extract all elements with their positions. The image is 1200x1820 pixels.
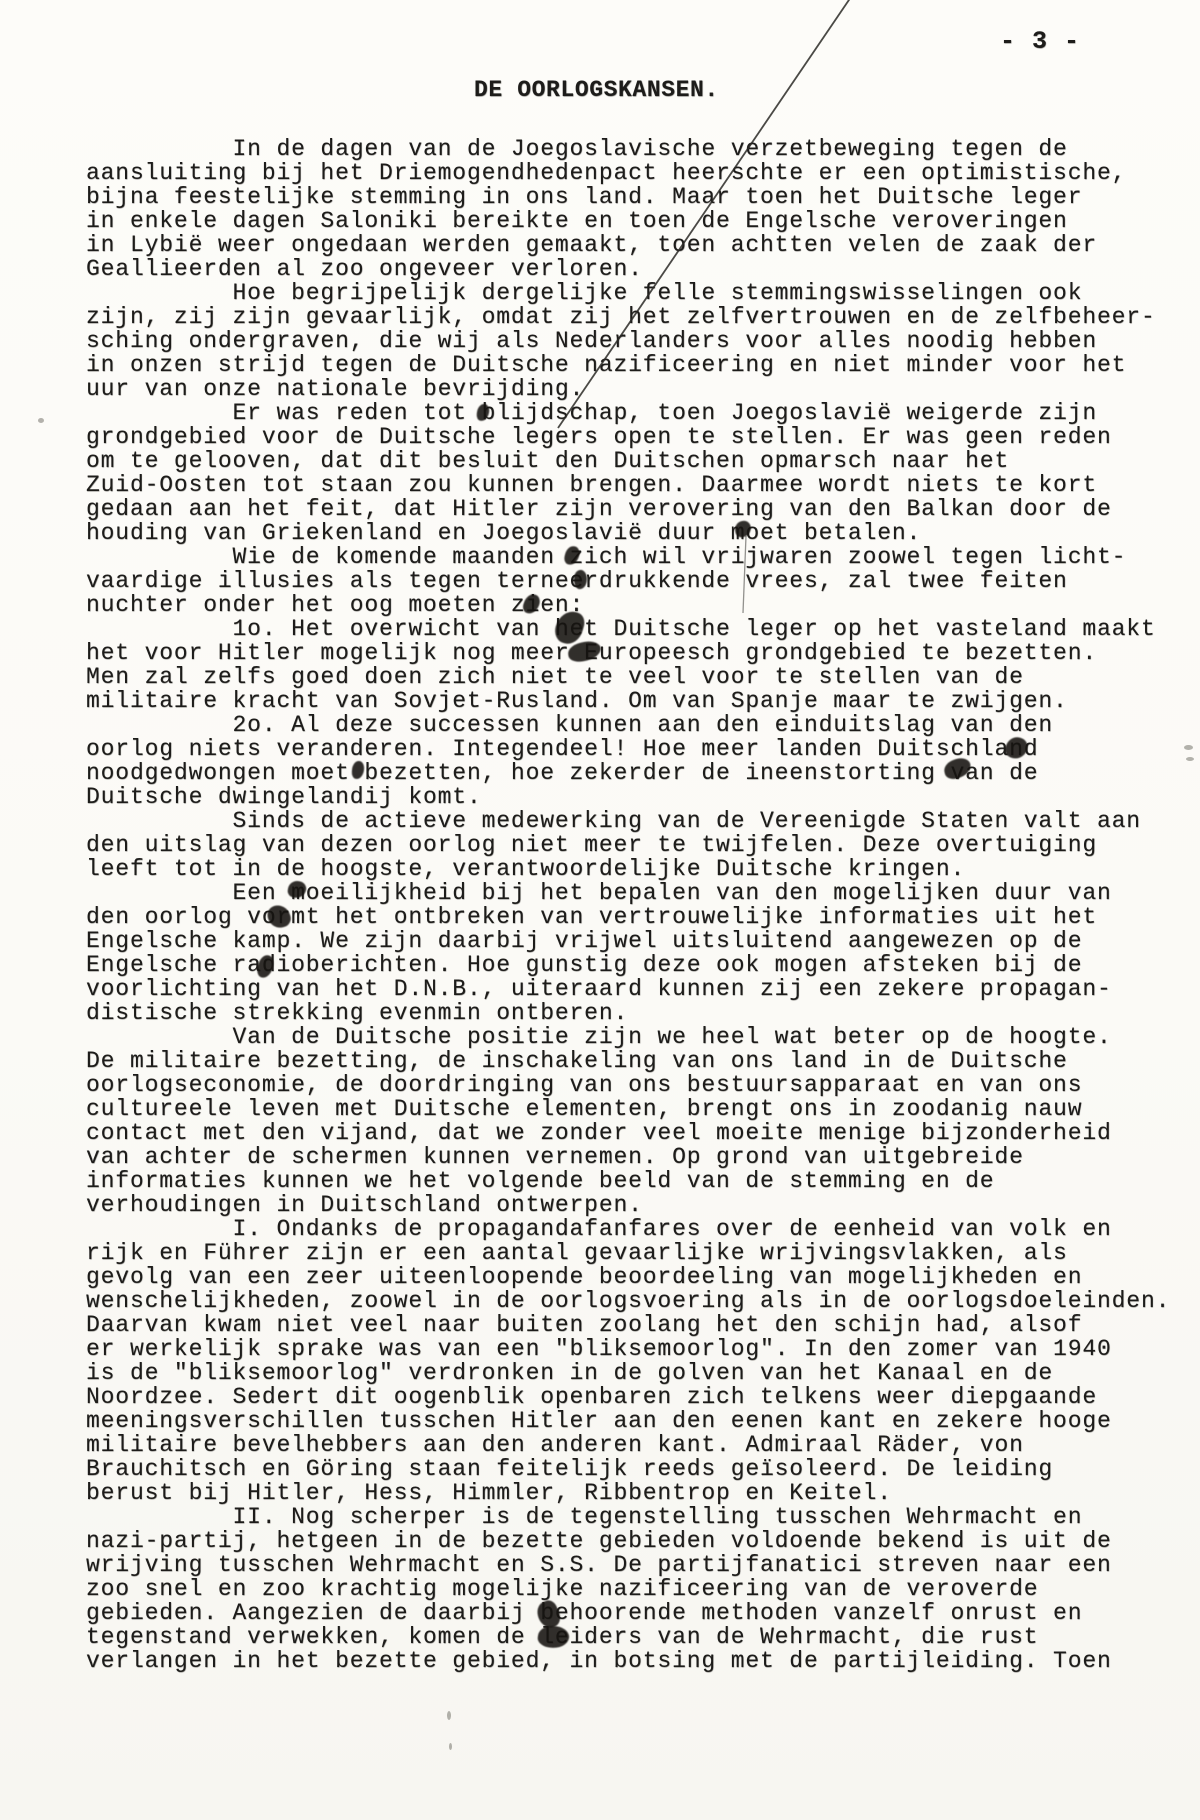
- paragraph-9: Van de Duitsche positie zijn we heel wat…: [86, 1025, 1196, 1217]
- paragraph-3: Er was reden tot blijdschap, toen Joegos…: [86, 401, 1196, 545]
- paragraph-8: Een moeilijkheid bij het bepalen van den…: [86, 881, 1196, 1025]
- paragraph-4: Wie de komende maanden zich wil vrijware…: [86, 545, 1196, 617]
- page-number: - 3 -: [1000, 27, 1080, 56]
- paragraph-2: Hoe begrijpelijk dergelijke felle stemmi…: [86, 281, 1196, 401]
- paragraph-6: 2o. Al deze successen kunnen aan den ein…: [86, 713, 1196, 809]
- paragraph-7: Sinds de actieve medewerking van de Vere…: [86, 809, 1196, 881]
- document-body: In de dagen van de Joegoslavische verzet…: [86, 137, 1196, 1673]
- scanned-document-page: - 3 - DE OORLOGSKANSEN. In de dagen van …: [0, 0, 1200, 1820]
- page-title: DE OORLOGSKANSEN.: [474, 77, 719, 103]
- paragraph-11: II. Nog scherper is de tegenstelling tus…: [86, 1505, 1196, 1673]
- paragraph-5: 1o. Het overwicht van het Duitsche leger…: [86, 617, 1196, 713]
- paper-speck: [447, 1711, 451, 1720]
- paper-speck: [1186, 757, 1194, 761]
- paper-speck: [449, 1743, 452, 1750]
- paragraph-1: In de dagen van de Joegoslavische verzet…: [86, 137, 1196, 281]
- paper-speck: [1184, 745, 1193, 750]
- paper-speck: [38, 418, 44, 423]
- paragraph-10: I. Ondanks de propagandafanfares over de…: [86, 1217, 1196, 1505]
